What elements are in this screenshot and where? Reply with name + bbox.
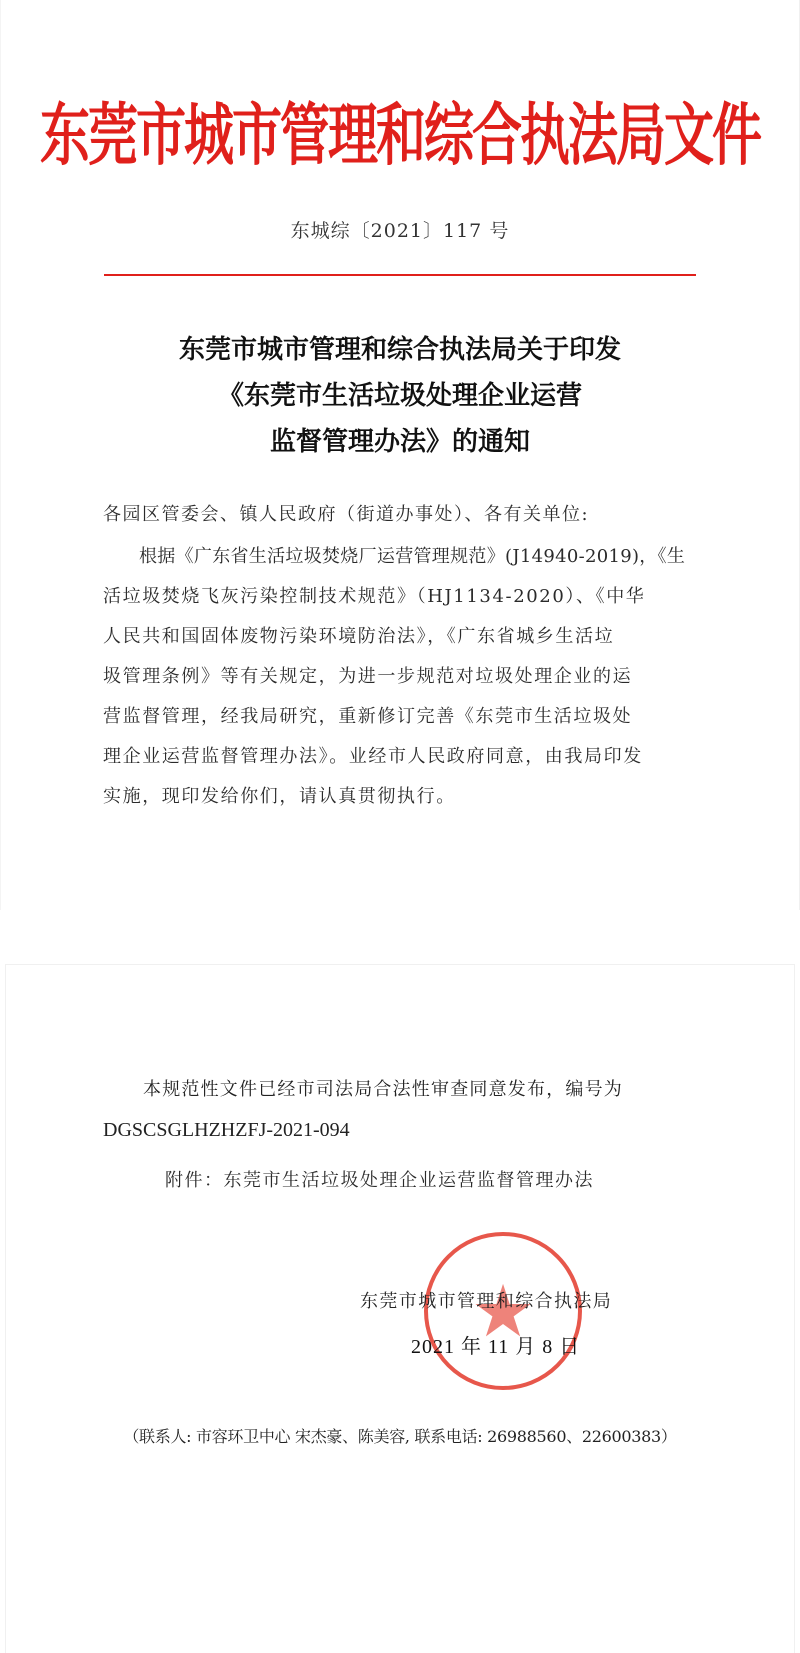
body-line: 根据《广东省生活垃圾焚烧厂运营管理规范》(J14940-2019)，《生 bbox=[103, 537, 698, 577]
notice-title-line: 东莞市城市管理和综合执法局关于印发 bbox=[0, 327, 800, 373]
signature-issuer: 东莞市城市管理和综合执法局 bbox=[360, 1287, 612, 1313]
attachment-line: 附件：东莞市生活垃圾处理企业运营监督管理办法 bbox=[165, 1166, 594, 1192]
signature-date: 2021 年 11 月 8 日 bbox=[411, 1330, 580, 1359]
issuer-banner: 东莞市城市管理和综合执法局文件 bbox=[0, 95, 800, 176]
body-line: 营监督管理，经我局研究，重新修订完善《东莞市生活垃圾处 bbox=[103, 697, 698, 737]
legal-review-statement: 本规范性文件已经市司法局合法性审查同意发布，编号为 DGSCSGLHZHZFJ-… bbox=[103, 1070, 698, 1150]
document-number: 东城综〔2021〕117 号 bbox=[0, 216, 800, 243]
body-paragraph: 根据《广东省生活垃圾焚烧厂运营管理规范》(J14940-2019)，《生 活垃圾… bbox=[103, 537, 698, 817]
review-statement: 本规范性文件已经市司法局合法性审查同意发布，编号为 bbox=[103, 1070, 698, 1110]
body-line: 人民共和国固体废物污染环境防治法》，《广东省城乡生活垃 bbox=[103, 617, 698, 657]
notice-title-line: 监督管理办法》的通知 bbox=[0, 419, 800, 465]
review-code: DGSCSGLHZHZFJ-2021-094 bbox=[103, 1110, 698, 1150]
notice-title: 东莞市城市管理和综合执法局关于印发 《东莞市生活垃圾处理企业运营 监督管理办法》… bbox=[0, 327, 800, 465]
body-line: 活垃圾焚烧飞灰污染控制技术规范》（HJ1134-2020）、《中华 bbox=[103, 577, 698, 617]
notice-title-line: 《东莞市生活垃圾处理企业运营 bbox=[0, 373, 800, 419]
body-line: 理企业运营监督管理办法》。业经市人民政府同意，由我局印发 bbox=[103, 737, 698, 777]
body-line: 圾管理条例》等有关规定，为进一步规范对垃圾处理企业的运 bbox=[103, 657, 698, 697]
salutation: 各园区管委会、镇人民政府（街道办事处）、各有关单位: bbox=[103, 500, 589, 526]
red-divider bbox=[104, 274, 696, 276]
contact-info: （联系人: 市容环卫中心 宋杰豪、陈美容, 联系电话: 26988560、226… bbox=[0, 1424, 800, 1447]
body-line: 实施，现印发给你们，请认真贯彻执行。 bbox=[103, 777, 698, 817]
